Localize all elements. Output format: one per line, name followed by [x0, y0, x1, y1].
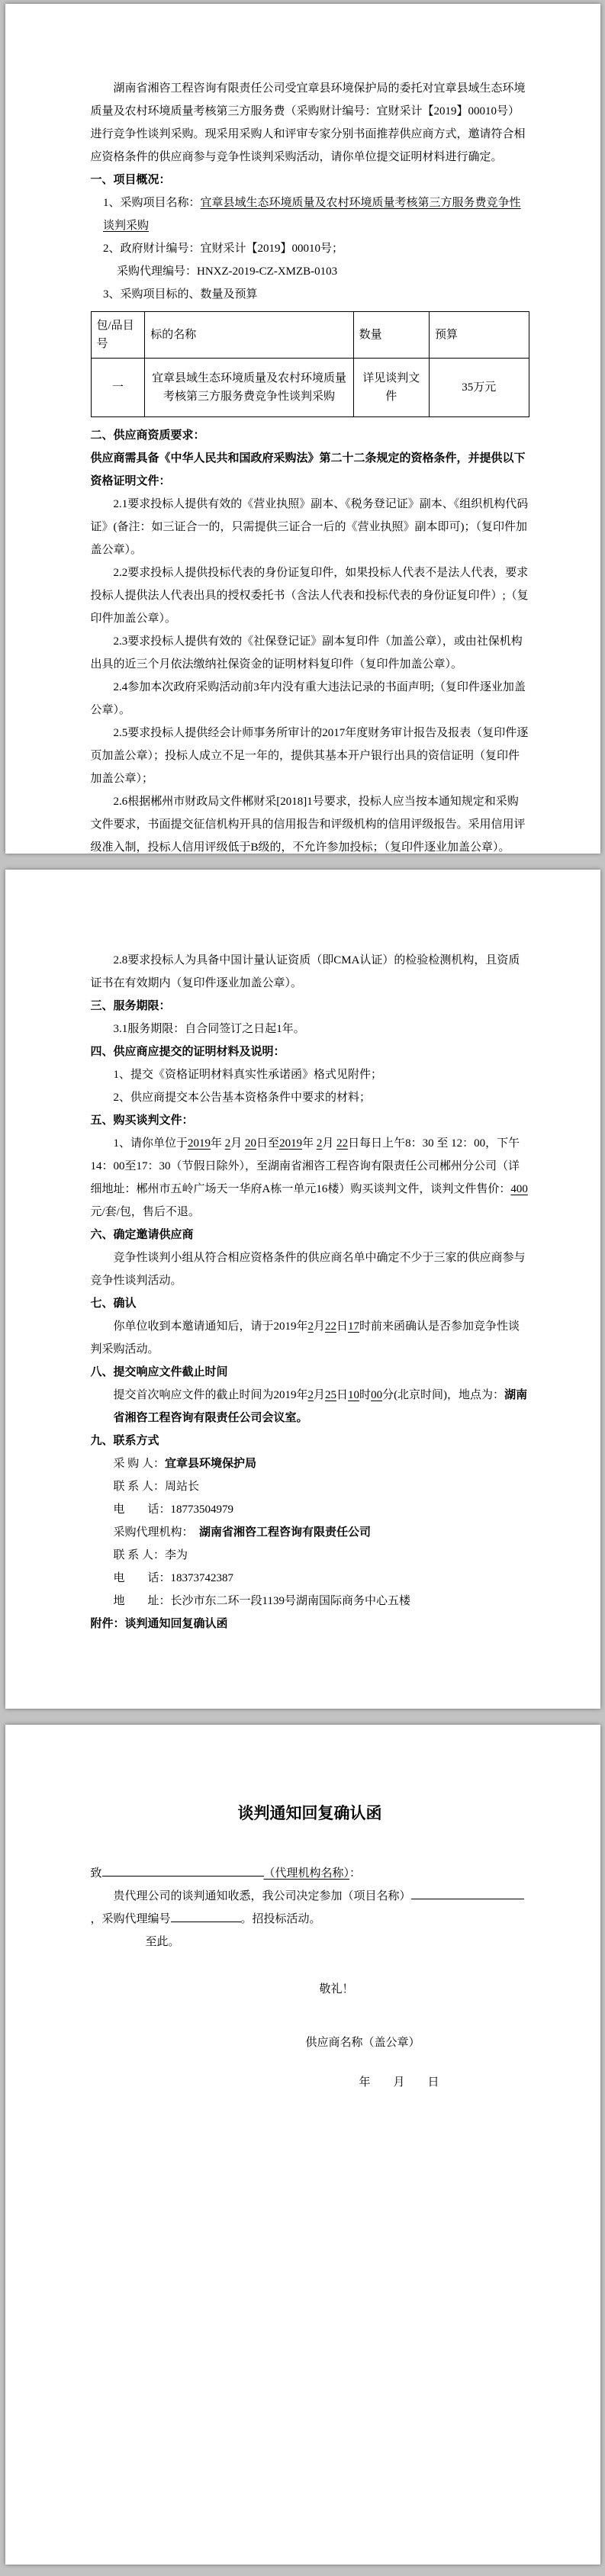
material-item-2: 2、供应商提交本公告基本资格条件中要求的材料；: [91, 1086, 529, 1109]
invite-paragraph: 竞争性谈判小组从符合相应资格条件的供应商名单中确定不少于三家的供应商参与竞争性谈…: [91, 1246, 529, 1292]
text-segment: 2019: [279, 1137, 302, 1150]
salute-line: 敬礼！: [91, 1978, 529, 2001]
qualification-intro: 供应商需具备《中华人民共和国政府采购法》第二十二条规定的资格条件，并提供以下资格…: [91, 447, 529, 493]
table-cell-package: 一: [91, 359, 145, 417]
text-segment: 月: [322, 1137, 336, 1150]
qualification-item-2-5: 2.5要求投标人提供经会计师事务所审计的2017年度财务审计报告及报表（复印件逐…: [91, 722, 529, 790]
reply-body: 贵代理公司的谈判通知收悉，我公司决定参加（项目名称），采购代理编号。招投标活动。: [91, 1885, 529, 1931]
text-segment: 分(北京时间)，地点为：: [382, 1389, 504, 1401]
section-1-heading: 一、项目概况：: [91, 169, 529, 191]
agency-code-label: 采购代理编号：: [117, 265, 197, 278]
qualification-item-2-6: 2.6根据郴州市财政局文件郴财采[2018]1号要求，投标人应当按本通知规定和采…: [91, 790, 529, 854]
project-name-item: 1、采购项目名称：宜章县域生态环境质量及农村环境质量考核第三方服务费竞争性谈判采…: [91, 191, 529, 237]
addressee-line: 致（代理机构名称）：: [91, 1862, 529, 1885]
agency-name: 湖南省湘咨工程咨询有限责任公司: [199, 1526, 371, 1539]
contact-label: 采 购 人：: [114, 1458, 166, 1470]
text-segment: 10: [348, 1389, 359, 1401]
contact-row-phone-2: 电 话：18373742387: [91, 1567, 529, 1590]
table-cell-budget: 35万元: [429, 359, 529, 417]
text-segment: 日: [336, 1320, 348, 1333]
text-segment: 2: [308, 1389, 314, 1401]
text-segment: 1、请你单位于: [114, 1137, 188, 1150]
section-3-heading: 三、服务期限：: [91, 995, 529, 1018]
buy-document-paragraph: 1、请你单位于2019年 2月 20日至2019年 2月 22日每日上午8：30…: [91, 1132, 529, 1224]
contact-row-person-1: 联 系 人：周站长: [91, 1475, 529, 1498]
table-header-subject: 标的名称: [145, 312, 353, 359]
text-segment: 你单位收到本邀请通知后，请于2019年: [114, 1320, 308, 1333]
section-5-heading: 五、购买谈判文件：: [91, 1109, 529, 1132]
fill-in-blank: [411, 1887, 524, 1899]
text-segment: 日至: [256, 1137, 279, 1150]
contact-row-address: 地 址：长沙市东二环一段1139号湖南国际商务中心五楼: [91, 1590, 529, 1613]
text-segment: 17: [348, 1320, 359, 1333]
document-page-3: 谈判通知回复确认函 致（代理机构名称）： 贵代理公司的谈判通知收悉，我公司决定参…: [5, 1725, 600, 2565]
confirm-paragraph: 你单位收到本邀请通知后，请于2019年2月22日17时前来函确认是否参加竞争性谈…: [91, 1315, 529, 1361]
text-segment: 25: [325, 1389, 336, 1401]
text-segment: 日: [336, 1389, 348, 1401]
text-segment: 提交首次响应文件的截止时间为2019年: [114, 1389, 308, 1401]
text-segment: 2019: [188, 1137, 211, 1150]
contact-label: 电 话：: [114, 1503, 171, 1516]
purchaser-name: 宜章县环境保护局: [165, 1458, 256, 1470]
qualification-item-2-3: 2.3要求投标人提供有效的《社保登记证》副本复印件（加盖公章），或由社保机构出具…: [91, 630, 529, 676]
document-page-2: 2.8要求投标人为具备中国计量认证资质（即CMA认证）的检验检测机构，且资质证书…: [5, 870, 600, 1709]
table-header-quantity: 数量: [353, 312, 429, 359]
qualification-item-2-8: 2.8要求投标人为具备中国计量认证资质（即CMA认证）的检验检测机构，且资质证书…: [91, 949, 529, 995]
qualification-item-2-2: 2.2要求投标人提供投标代表的身份证复印件，如果投标人代表不是法人代表，要求投标…: [91, 561, 529, 630]
table-header-budget: 预算: [429, 312, 529, 359]
contact-phone-2: 18373742387: [171, 1572, 234, 1584]
text-segment: ，采购代理编号: [91, 1913, 171, 1925]
text-segment: 致: [91, 1867, 102, 1880]
deadline-paragraph: 提交首次响应文件的截止时间为2019年2月25日10时00分(北京时间)，地点为…: [91, 1384, 529, 1430]
contact-row-purchaser: 采 购 人：宜章县环境保护局: [91, 1452, 529, 1475]
material-item-1: 1、提交《资格证明材料真实性承诺函》格式见附件；: [91, 1063, 529, 1086]
contact-row-agency: 采购代理机构： 湖南省湘咨工程咨询有限责任公司: [91, 1521, 529, 1544]
section-8-heading: 八、提交响应文件截止时间: [91, 1361, 529, 1384]
contact-person-2: 李为: [165, 1549, 188, 1561]
text-segment: 月: [314, 1320, 325, 1333]
text-segment: 元/套/包，售后不退。: [91, 1206, 200, 1218]
agency-code-item: 采购代理编号：HNXZ-2019-CZ-XMZB-0103: [91, 260, 529, 283]
contact-row-person-2: 联 系 人：李为: [91, 1544, 529, 1567]
contact-label: 地 址：: [114, 1595, 171, 1607]
contact-label: 电 话：: [114, 1572, 171, 1584]
supplier-seal-line: 供应商名称（盖公章）: [91, 2031, 529, 2054]
section-7-heading: 七、确认: [91, 1292, 529, 1315]
fill-in-blank: [102, 1864, 264, 1877]
contact-row-phone-1: 电 话：18773504979: [91, 1498, 529, 1521]
section-4-heading: 四、供应商应提交的证明材料及说明：: [91, 1040, 529, 1063]
section-6-heading: 六、确定邀请供应商: [91, 1224, 529, 1246]
agency-code-value: HNXZ-2019-CZ-XMZB-0103: [197, 265, 337, 278]
agency-address: 长沙市东二环一段1139号湖南国际商务中心五楼: [171, 1595, 410, 1607]
gov-code-item: 2、政府财计编号：宜财采计【2019】00010号；: [91, 237, 529, 260]
document-page-1: 湖南省湘咨工程咨询有限责任公司受宜章县环境保护局的委托对宜章县域生态环境质量及农…: [5, 4, 600, 854]
text-segment: （代理机构名称）: [264, 1867, 350, 1880]
fill-in-blank: [171, 1910, 241, 1922]
attachment-note: 附件：谈判通知回复确认函: [91, 1613, 529, 1635]
text-segment: ：: [349, 1867, 361, 1880]
contact-person-1: 周站长: [165, 1481, 199, 1493]
text-segment: 00: [371, 1389, 382, 1401]
date-line: 年 月 日: [91, 2071, 529, 2094]
attachment-title: 谈判通知回复确认函: [91, 1801, 529, 1825]
contact-label: 采购代理机构：: [114, 1526, 200, 1539]
contact-label: 联 系 人：: [114, 1549, 166, 1561]
text-segment: 月: [230, 1137, 245, 1150]
intro-paragraph: 湖南省湘咨工程咨询有限责任公司受宜章县环境保护局的委托对宜章县域生态环境质量及农…: [91, 77, 529, 169]
procurement-table: 包/品目号 标的名称 数量 预算 一 宜章县域生态环境质量及农村环境质量考核第三…: [91, 311, 529, 417]
table-header-row: 包/品目号 标的名称 数量 预算: [91, 312, 529, 359]
text-segment: 22: [325, 1320, 336, 1333]
text-segment: 年: [211, 1137, 225, 1150]
closing-line: 至此。: [91, 1931, 529, 1954]
subject-item: 3、采购项目标的、数量及预算: [91, 283, 529, 306]
table-cell-subject: 宜章县域生态环境质量及农村环境质量考核第三方服务费竞争性谈判采购: [145, 359, 353, 417]
table-header-package: 包/品目号: [91, 312, 145, 359]
text-segment: 400: [510, 1183, 528, 1195]
text-segment: 22: [336, 1137, 348, 1150]
table-row: 一 宜章县域生态环境质量及农村环境质量考核第三方服务费竞争性谈判采购 详见谈判文…: [91, 359, 529, 417]
text-segment: 年: [302, 1137, 317, 1150]
qualification-item-2-1: 2.1要求投标人提供有效的《营业执照》副本、《税务登记证》副本、《组织机构代码证…: [91, 493, 529, 561]
text-segment: 20: [245, 1137, 256, 1150]
text-segment: 时: [359, 1389, 371, 1401]
text-segment: 2: [308, 1320, 314, 1333]
section-2-heading: 二、供应商资质要求：: [91, 424, 529, 447]
qualification-item-2-4: 2.4参加本次政府采购活动前3年内没有重大违法记录的书面声明;（复印件逐业加盖公…: [91, 676, 529, 722]
table-cell-quantity: 详见谈判文件: [353, 359, 429, 417]
contact-label: 联 系 人：: [114, 1481, 166, 1493]
text-segment: 1、采购项目名称：: [103, 197, 201, 209]
contact-phone-1: 18773504979: [171, 1503, 234, 1516]
section-9-heading: 九、联系方式: [91, 1430, 529, 1452]
text-segment: 。招投标活动。: [241, 1913, 321, 1925]
service-term-item: 3.1服务期限：自合同签订之日起1年。: [91, 1018, 529, 1040]
text-segment: 月: [314, 1389, 325, 1401]
text-segment: 贵代理公司的谈判通知收悉，我公司决定参加（项目名称）: [114, 1890, 411, 1902]
